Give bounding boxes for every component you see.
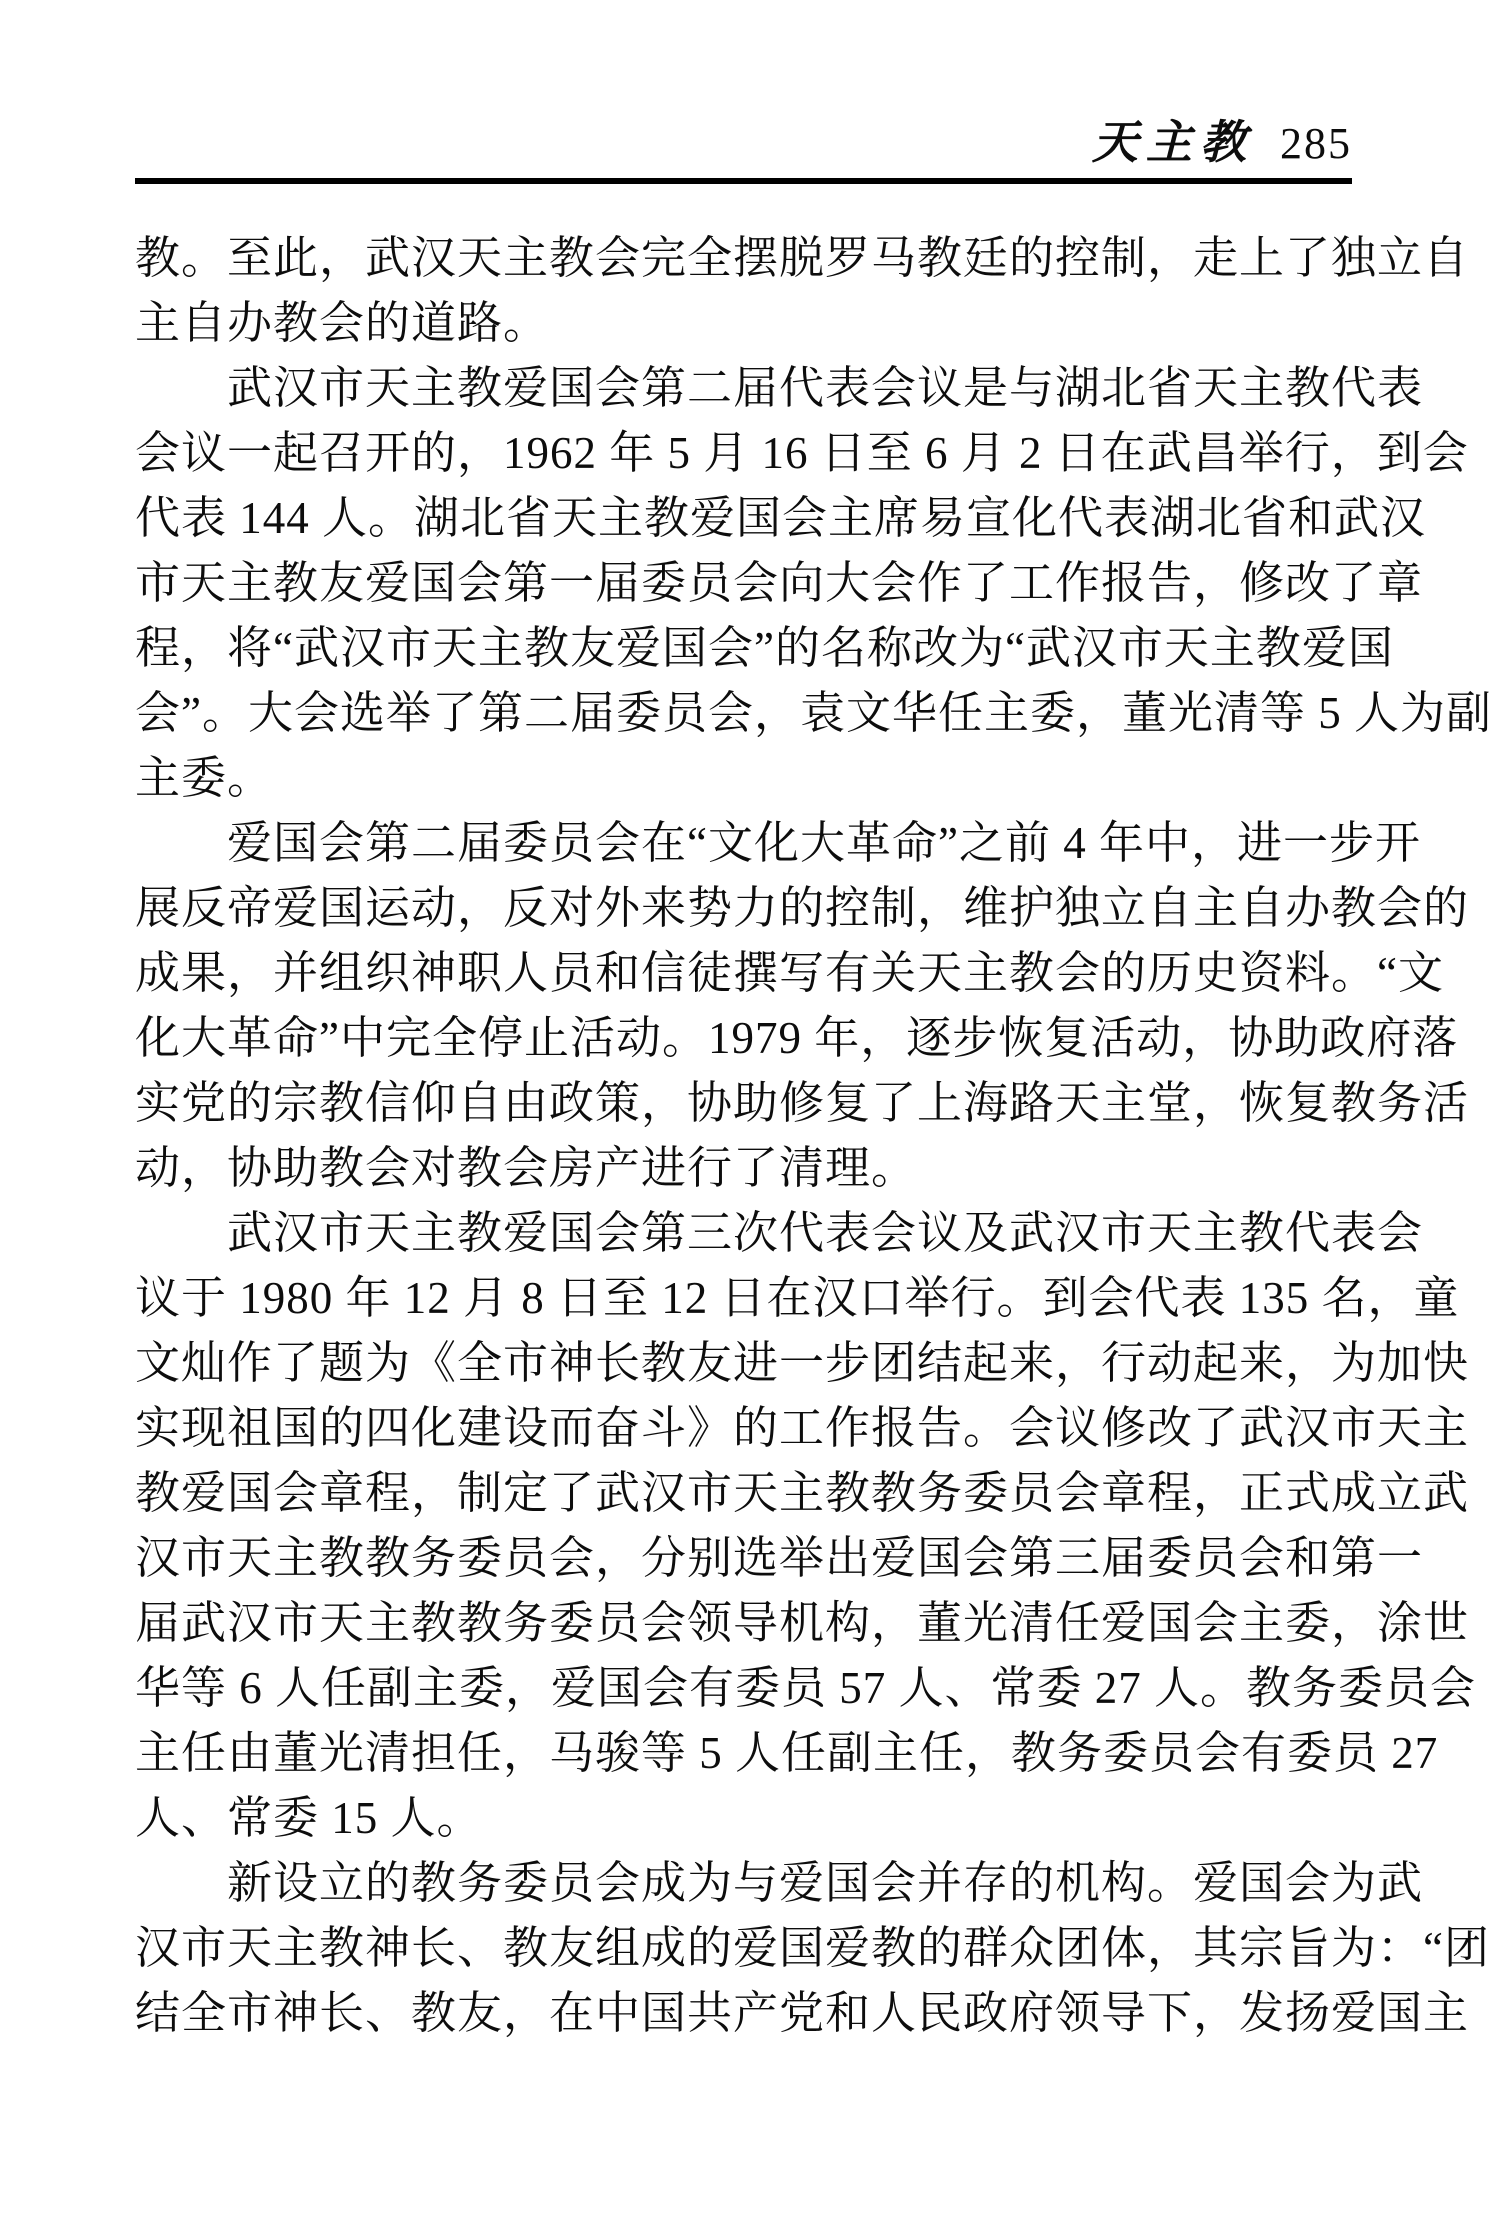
text-line: 展反帝爱国运动，反对外来势力的控制，维护独立自主自办教会的 bbox=[135, 876, 1380, 941]
text-line: 主自办教会的道路。 bbox=[135, 291, 1380, 356]
text-line: 化大革命”中完全停止活动。1979 年，逐步恢复活动，协助政府落 bbox=[135, 1006, 1380, 1071]
body-text-block: 教。至此，武汉天主教会完全摆脱罗马教廷的控制，走上了独立自 主自办教会的道路。 … bbox=[135, 226, 1380, 2046]
text-line: 武汉市天主教爱国会第三次代表会议及武汉市天主教代表会 bbox=[135, 1201, 1380, 1266]
text-line: 新设立的教务委员会成为与爱国会并存的机构。爱国会为武 bbox=[135, 1851, 1380, 1916]
text-line: 主委。 bbox=[135, 746, 1380, 811]
text-line: 程，将“武汉市天主教友爱国会”的名称改为“武汉市天主教爱国 bbox=[135, 616, 1380, 681]
running-header: 天主教285 bbox=[135, 106, 1352, 172]
text-line: 主任由董光清担任，马骏等 5 人任副主任，教务委员会有委员 27 bbox=[135, 1721, 1380, 1786]
text-line: 人、常委 15 人。 bbox=[135, 1786, 1380, 1851]
text-line: 议于 1980 年 12 月 8 日至 12 日在汉口举行。到会代表 135 名… bbox=[135, 1266, 1380, 1331]
text-line: 实党的宗教信仰自由政策，协助修复了上海路天主堂，恢复教务活 bbox=[135, 1071, 1380, 1136]
text-line: 实现祖国的四化建设而奋斗》的工作报告。会议修改了武汉市天主 bbox=[135, 1396, 1380, 1461]
section-title: 天主教 bbox=[1092, 117, 1254, 168]
text-line: 动，协助教会对教会房产进行了清理。 bbox=[135, 1136, 1380, 1201]
text-line: 汉市天主教神长、教友组成的爱国爱教的群众团体，其宗旨为：“团 bbox=[135, 1916, 1380, 1981]
text-line: 会议一起召开的，1962 年 5 月 16 日至 6 月 2 日在武昌举行，到会 bbox=[135, 421, 1380, 486]
text-line: 文灿作了题为《全市神长教友进一步团结起来，行动起来，为加快 bbox=[135, 1331, 1380, 1396]
text-line: 华等 6 人任副主委，爱国会有委员 57 人、常委 27 人。教务委员会 bbox=[135, 1656, 1380, 1721]
text-line: 教爱国会章程，制定了武汉市天主教教务委员会章程，正式成立武 bbox=[135, 1461, 1380, 1526]
text-line: 届武汉市天主教教务委员会领导机构，董光清任爱国会主委，涂世 bbox=[135, 1591, 1380, 1656]
header-rule-divider bbox=[135, 178, 1352, 184]
text-line: 教。至此，武汉天主教会完全摆脱罗马教廷的控制，走上了独立自 bbox=[135, 226, 1380, 291]
text-line: 市天主教友爱国会第一届委员会向大会作了工作报告，修改了章 bbox=[135, 551, 1380, 616]
text-line: 武汉市天主教爱国会第二届代表会议是与湖北省天主教代表 bbox=[135, 356, 1380, 421]
text-line: 代表 144 人。湖北省天主教爱国会主席易宣化代表湖北省和武汉 bbox=[135, 486, 1380, 551]
scanned-book-page: 天主教285 教。至此，武汉天主教会完全摆脱罗马教廷的控制，走上了独立自 主自办… bbox=[0, 0, 1500, 2239]
text-line: 成果，并组织神职人员和信徒撰写有关天主教会的历史资料。“文 bbox=[135, 941, 1380, 1006]
text-line: 结全市神长、教友，在中国共产党和人民政府领导下，发扬爱国主 bbox=[135, 1981, 1380, 2046]
text-line: 爱国会第二届委员会在“文化大革命”之前 4 年中，进一步开 bbox=[135, 811, 1380, 876]
text-line: 会”。大会选举了第二届委员会，袁文华任主委，董光清等 5 人为副 bbox=[135, 681, 1380, 746]
text-line: 汉市天主教教务委员会，分别选举出爱国会第三届委员会和第一 bbox=[135, 1526, 1380, 1591]
page-number: 285 bbox=[1280, 119, 1352, 168]
